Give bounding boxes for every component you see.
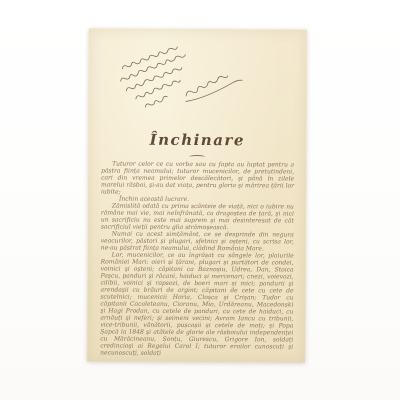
- scanned-page: Închinare Tuturor celor ce cu vorba sau …: [87, 28, 307, 362]
- handwriting-line: [122, 46, 178, 70]
- paragraph: Zămislită odată cu prima scânteie de via…: [101, 202, 294, 231]
- handwriting-line: [119, 53, 186, 81]
- handwritten-inscription: [94, 28, 255, 125]
- handwriting-line: [125, 66, 183, 91]
- paragraph: Numai cu acest simțământ, ce se desprind…: [101, 230, 294, 252]
- body-text: Tuturor celor ce cu vorba sau cu fapta a…: [100, 160, 294, 357]
- handwriting-line: [144, 96, 168, 108]
- signature-stroke: [184, 74, 229, 96]
- handwriting-line: [135, 79, 181, 100]
- page-title: Închinare: [88, 130, 306, 149]
- title-flourish-divider: [189, 155, 205, 159]
- paragraph: Lor, mucenicilor, ce au îngrășat cu sâng…: [100, 251, 294, 357]
- paragraph: Tuturor celor ce cu vorba sau cu fapta a…: [101, 160, 294, 196]
